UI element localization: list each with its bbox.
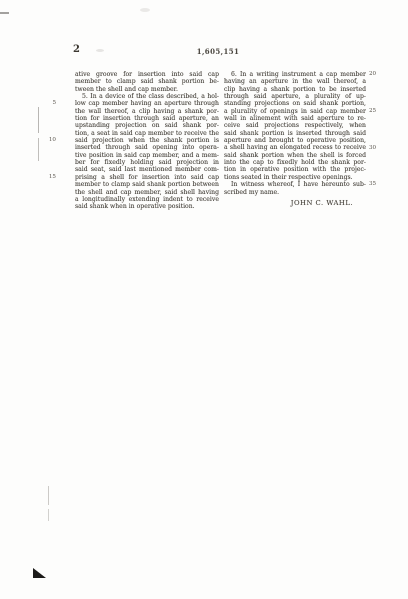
text-line: inserted through said opening into opera… [75,144,219,151]
text-line: ceive said projections respectively, whe… [224,122,366,129]
scan-artifact-line [38,107,39,133]
text-line: said shank when in operative position. [75,203,219,210]
right-margin-line-numbers: 20253035 [369,71,383,221]
scan-artifact-smudge [140,8,150,12]
text-line: low cap member having an aperture throug… [75,100,219,107]
right-text-column: 6. In a writing instrument a cap memberh… [224,71,366,208]
scan-artifact-edge-dash [0,12,9,14]
text-line: said shank portion is inserted through s… [224,130,366,137]
scan-artifact-line [38,138,39,161]
left-margin-line-numbers: 51015 [42,71,56,221]
line-number: 30 [369,145,376,152]
page-number: 2 [73,44,80,55]
left-text-column: ative groove for insertion into said cap… [75,71,219,211]
text-line: tween the shell and cap member. [75,86,219,93]
text-line: a longitudinally extending indent to rec… [75,196,219,203]
text-line: standing projections on said shank porti… [224,100,366,107]
line-number: 35 [369,181,376,188]
text-line: prising a shell for insertion into said … [75,174,219,181]
text-line: ative groove for insertion into said cap [75,71,219,78]
text-line: member to clamp said shank portion be- [75,78,219,85]
text-line: having an aperture in the wall thereof, … [224,78,366,85]
text-line: ber for fixedly holding said projection … [75,159,219,166]
text-line: said shank portion when the shell is for… [224,152,366,159]
text-line: tion for insertion through said aperture… [75,115,219,122]
line-number: 15 [49,174,56,181]
patent-page: 2 1,605,151 51015 ative groove for inser… [0,0,408,599]
scan-artifact-smudge [96,49,104,52]
text-line: into the cap to fixedly hold the shank p… [224,159,366,166]
text-line: aperture and brought to operative positi… [224,137,366,144]
text-line: member to clamp said shank portion betwe… [75,181,219,188]
text-line: wall in alinement with said aperture to … [224,115,366,122]
text-line: the wall thereof, a clip having a shank … [75,108,219,115]
text-line: tion in operative position with the proj… [224,166,366,173]
text-line: said projection when the shank portion i… [75,137,219,144]
text-line: 6. In a writing instrument a cap member [224,71,366,78]
text-line: said seat, said last mentioned member co… [75,166,219,173]
inventor-signature: JOHN C. WAHL. [224,200,366,207]
line-number: 5 [52,100,56,107]
scan-artifact-line [48,509,49,521]
text-line: a shell having an elongated recess to re… [224,144,366,151]
text-line: clip having a shank portion to be insert… [224,86,366,93]
text-line: upstanding projection on said shank por- [75,122,219,129]
text-line: In witness whereof, I have hereunto sub- [224,181,366,188]
text-line: tion, a seat in said cap member to recei… [75,130,219,137]
corner-mark [33,568,46,578]
text-line: 5. In a device of the class described, a… [75,93,219,100]
patent-number: 1,605,151 [158,47,278,56]
scan-artifact-line [48,486,49,505]
line-number: 10 [49,137,56,144]
text-line: scribed my name. [224,189,366,196]
text-line: tions seated in their respective opening… [224,174,366,181]
text-line: through said aperture, a plurality of up… [224,93,366,100]
text-line: a plurality of openings in said cap memb… [224,108,366,115]
text-line: the shell and cap member, said shell hav… [75,189,219,196]
text-line: tive position in said cap member, and a … [75,152,219,159]
line-number: 25 [369,108,376,115]
line-number: 20 [369,71,376,78]
